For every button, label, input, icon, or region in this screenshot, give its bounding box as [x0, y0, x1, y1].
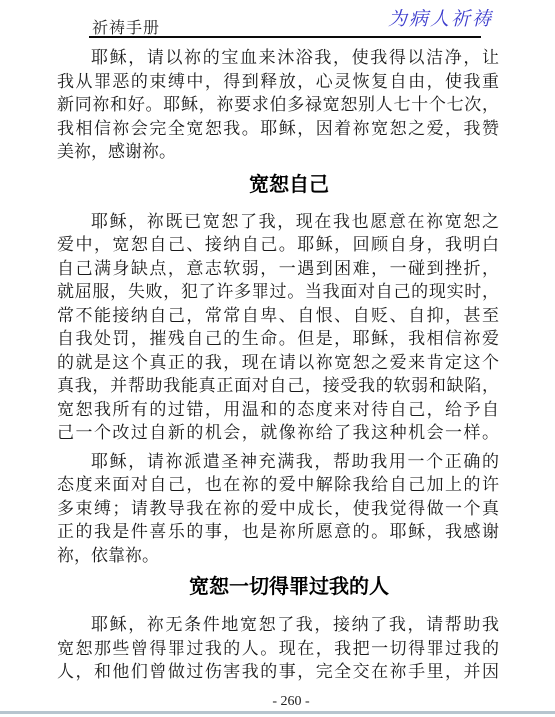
text-line: 态度来面对自己，也在祢的爱中解除我给自己加上的许 [57, 473, 499, 497]
text-line: 的就是这个真正的我，现在请以祢宽恕之爱来肯定这个 [57, 351, 499, 375]
paragraph-3: 耶稣，请祢派遣圣神充满我，帮助我用一个正确的 态度来面对自己，也在祢的爱中解除我… [57, 450, 499, 568]
header-booklet-title: 祈祷手册 [92, 15, 160, 38]
text-line: 耶稣，请祢派遣圣神充满我，帮助我用一个正确的 [57, 450, 499, 474]
text-line: 我从罪恶的束缚中，得到释放，心灵恢复自由，使我重 [57, 70, 499, 94]
text-line: 美祢，感谢祢。 [57, 140, 499, 164]
text-line: 爱中，宽恕自己、接纳自己。耶稣，回顾自身，我明白 [57, 233, 499, 257]
text-column: 耶稣，请以祢的宝血来沐浴我，使我得以洁净，让 我从罪恶的束缚中，得到释放，心灵恢… [57, 46, 499, 684]
page-number-text: - 260 - [272, 694, 309, 709]
page-number: - 260 - [57, 694, 499, 710]
text-line: 耶稣，祢既已宽恕了我，现在我也愿意在祢宽恕之 [57, 210, 499, 234]
document-page: 祈祷手册 为病人祈祷 耶稣，请以祢的宝血来沐浴我，使我得以洁净，让 我从罪恶的束… [0, 0, 555, 717]
text-line: 宽恕那些曾得罪过我的人。现在，我把一切得罪过我的 [57, 637, 499, 661]
text-line: 自我处罚，摧残自己的生命。但是，耶稣，我相信祢爱 [57, 327, 499, 351]
text-line: 我相信祢会完全宽恕我。耶稣，因着祢宽恕之爱，我赞 [57, 117, 499, 141]
section-heading-forgive-self: 宽恕自己 [68, 172, 510, 199]
text-line: 新同祢和好。耶稣，祢要求伯多禄宽恕别人七十个七次， [57, 93, 499, 117]
text-line: 正的我是件喜乐的事，也是祢所愿意的。耶稣，我感谢 [57, 520, 499, 544]
section-heading-forgive-others: 宽恕一切得罪过我的人 [68, 574, 510, 601]
paragraph-4: 耶稣，祢无条件地宽恕了我，接纳了我，请帮助我 宽恕那些曾得罪过我的人。现在，我把… [57, 613, 499, 684]
text-line: 耶稣，请以祢的宝血来沐浴我，使我得以洁净，让 [57, 46, 499, 70]
text-line: 真我，并帮助我能真正面对自己，接受我的软弱和缺陷， [57, 374, 499, 398]
header-chapter-title: 为病人祈祷 [388, 4, 493, 31]
paragraph-2: 耶稣，祢既已宽恕了我，现在我也愿意在祢宽恕之 爱中，宽恕自己、接纳自己。耶稣，回… [57, 210, 499, 445]
text-line: 耶稣，祢无条件地宽恕了我，接纳了我，请帮助我 [57, 613, 499, 637]
text-line: 己一个改过自新的机会，就像祢给了我这种机会一样。 [57, 421, 499, 445]
text-line: 多束缚；请教导我在祢的爱中成长，使我觉得做一个真 [57, 497, 499, 521]
header-rule [89, 36, 481, 38]
text-line: 祢，依靠祢。 [57, 544, 499, 568]
text-line: 常不能接纳自己，常常自卑、自恨、自贬、自抑，甚至 [57, 304, 499, 328]
text-line: 宽恕我所有的过错，用温和的态度来对待自己，给予自 [57, 398, 499, 422]
text-line: 自己满身缺点，意志软弱，一遇到困难，一碰到挫折， [57, 257, 499, 281]
text-line: 就屈服，失败，犯了许多罪过。当我面对自己的现实时， [57, 280, 499, 304]
text-line: 人，和他们曾做过伤害我的事，完全交在祢手里，并因 [57, 660, 499, 684]
window-bottom-edge [0, 711, 555, 714]
paragraph-1: 耶稣，请以祢的宝血来沐浴我，使我得以洁净，让 我从罪恶的束缚中，得到释放，心灵恢… [57, 46, 499, 164]
